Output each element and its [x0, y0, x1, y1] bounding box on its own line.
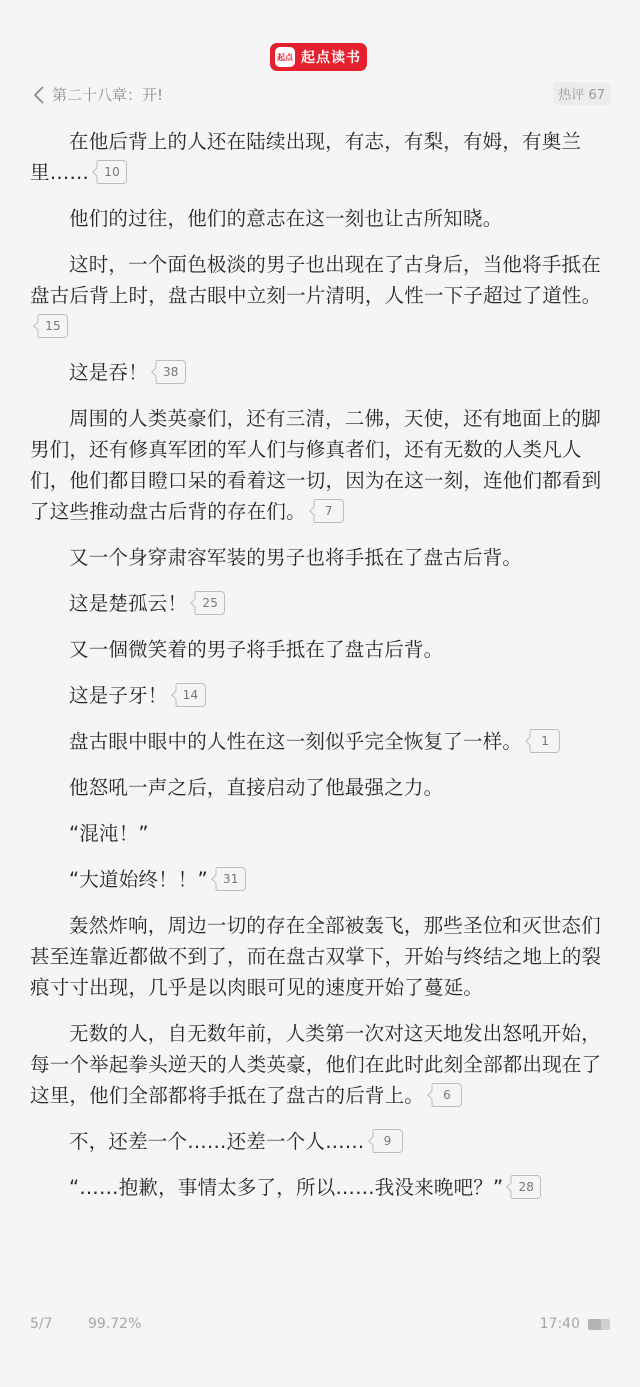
paragraph-text: 轰然炸响，周边一切的存在全部被轰飞，那些圣位和灭世态们甚至连靠近都做不到了，而在… — [30, 914, 601, 999]
paragraph: “大道始终！！”31 — [30, 864, 614, 895]
chapter-title: 第二十八章：开! — [52, 84, 163, 105]
paragraph-comment-bubble[interactable]: 6 — [436, 1083, 462, 1107]
comment-count: 10 — [104, 165, 120, 179]
paragraph-comment-bubble[interactable]: 10 — [101, 160, 127, 184]
hot-comments-count: 67 — [588, 88, 605, 103]
comment-count: 15 — [45, 319, 61, 333]
paragraph-comment-bubble[interactable]: 7 — [318, 499, 344, 523]
comment-count: 14 — [183, 688, 199, 702]
paragraph-comment-bubble[interactable]: 14 — [180, 683, 206, 707]
paragraph-text: 盘古眼中眼中的人性在这一刻似乎完全恢复了一样。 — [69, 730, 522, 753]
reading-progress: 99.72% — [88, 1316, 141, 1332]
chapter-content: 在他后背上的人还在陆续出现，有志，有梨，有姆，有奥兰里……10 他们的过往，他们… — [30, 126, 614, 1218]
paragraph: 又一個微笑着的男子将手抵在了盘古后背。 — [30, 634, 614, 665]
qidian-logo-icon: 起点 — [275, 47, 295, 67]
paragraph-text: “大道始终！！” — [69, 868, 208, 891]
paragraph-text: 这是楚孤云！ — [69, 592, 187, 615]
hot-comments-label: 热评 — [558, 88, 584, 103]
paragraph: 他们的过往，他们的意志在这一刻也让古所知晓。 — [30, 203, 614, 234]
paragraph: 不，还差一个……还差一个人……9 — [30, 1126, 614, 1157]
reader-footer: 5/7 99.72% 17:40 — [30, 1316, 610, 1332]
paragraph: 轰然炸响，周边一切的存在全部被轰飞，那些圣位和灭世态们甚至连靠近都做不到了，而在… — [30, 910, 614, 1003]
comment-count: 1 — [541, 734, 549, 748]
page-indicator: 5/7 — [30, 1316, 88, 1332]
paragraph-comment-bubble[interactable]: 31 — [220, 867, 246, 891]
comment-count: 7 — [325, 504, 333, 518]
paragraph-comment-bubble[interactable]: 9 — [377, 1129, 403, 1153]
paragraph: “混沌！” — [30, 818, 614, 849]
paragraph-text: 这是吞！ — [69, 361, 148, 384]
paragraph-text: 无数的人，自无数年前，人类第一次对这天地发出怒吼开始，每一个举起拳头逆天的人类英… — [30, 1022, 601, 1107]
app-brand-badge: 起点 起点读书 — [270, 43, 367, 71]
paragraph-comment-bubble[interactable]: 38 — [160, 360, 186, 384]
paragraph-text: 这是子牙！ — [69, 684, 168, 707]
app-name: 起点读书 — [301, 47, 361, 67]
paragraph: 这时，一个面色极淡的男子也出现在了古身后，当他将手抵在盘古后背上时，盘古眼中立刻… — [30, 249, 614, 342]
comment-count: 6 — [443, 1088, 451, 1102]
comment-count: 31 — [223, 872, 239, 886]
paragraph-comment-bubble[interactable]: 28 — [515, 1175, 541, 1199]
comment-count: 25 — [202, 596, 218, 610]
paragraph-text: 这时，一个面色极淡的男子也出现在了古身后，当他将手抵在盘古后背上时，盘古眼中立刻… — [30, 253, 601, 307]
paragraph-comment-bubble[interactable]: 1 — [534, 729, 560, 753]
paragraph-text: 他怒吼一声之后，直接启动了他最强之力。 — [69, 776, 443, 799]
paragraph: 又一个身穿肃容军装的男子也将手抵在了盘古后背。 — [30, 542, 614, 573]
paragraph: 周围的人类英豪们，还有三清，二佛，天使，还有地面上的脚男们，还有修真军团的军人们… — [30, 403, 614, 527]
paragraph: 在他后背上的人还在陆续出现，有志，有梨，有姆，有奥兰里……10 — [30, 126, 614, 188]
paragraph-text: 他们的过往，他们的意志在这一刻也让古所知晓。 — [69, 207, 502, 230]
paragraph: “……抱歉，事情太多了，所以……我没来晚吧？”28 — [30, 1172, 614, 1203]
paragraph-text: 又一个身穿肃容军装的男子也将手抵在了盘古后背。 — [69, 546, 522, 569]
hot-comments-button[interactable]: 热评 67 — [553, 82, 610, 105]
paragraph: 这是楚孤云！25 — [30, 588, 614, 619]
paragraph-comment-bubble[interactable]: 15 — [42, 314, 68, 338]
paragraph-text: “混沌！” — [69, 822, 149, 845]
paragraph: 无数的人，自无数年前，人类第一次对这天地发出怒吼开始，每一个举起拳头逆天的人类英… — [30, 1018, 614, 1111]
comment-count: 38 — [163, 365, 179, 379]
paragraph: 这是吞！38 — [30, 357, 614, 388]
paragraph-text: 又一個微笑着的男子将手抵在了盘古后背。 — [69, 638, 443, 661]
comment-count: 9 — [384, 1134, 392, 1148]
comment-count: 28 — [518, 1180, 534, 1194]
paragraph-text: 不，还差一个……还差一个人…… — [69, 1130, 365, 1153]
paragraph: 盘古眼中眼中的人性在这一刻似乎完全恢复了一样。1 — [30, 726, 614, 757]
paragraph: 他怒吼一声之后，直接启动了他最强之力。 — [30, 772, 614, 803]
clock-time: 17:40 — [540, 1316, 580, 1332]
paragraph: 这是子牙！14 — [30, 680, 614, 711]
chapter-header[interactable]: 第二十八章：开! — [34, 84, 163, 105]
paragraph-text: “……抱歉，事情太多了，所以……我没来晚吧？” — [69, 1176, 503, 1199]
battery-icon — [588, 1319, 610, 1330]
paragraph-comment-bubble[interactable]: 25 — [199, 591, 225, 615]
chevron-left-icon[interactable] — [34, 85, 46, 105]
